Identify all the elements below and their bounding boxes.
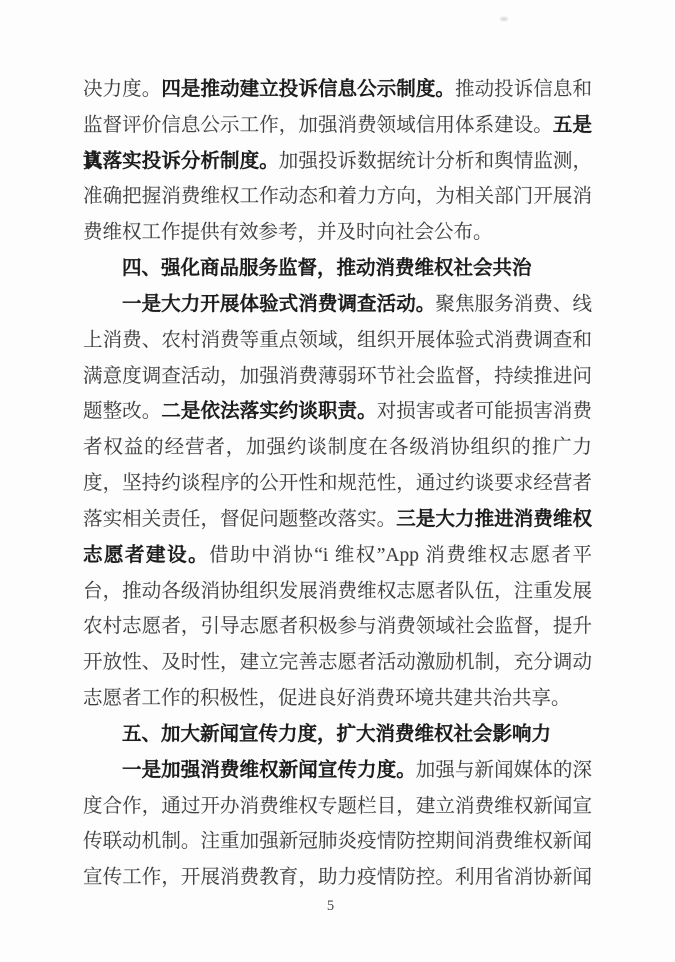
bold-text-segment: 真落实投诉分析制度。 — [83, 151, 279, 172]
text-line: 费维权工作提供有效参考，并及时向社会公布。 — [83, 215, 592, 251]
text-line: 台，推动各级消协组织发展消费维权志愿者队伍，注重发展 — [83, 574, 592, 610]
text-line: 准确把握消费维权工作动态和着力方向，为相关部门开展消 — [83, 179, 592, 215]
text-line: 决力度。四是推动建立投诉信息公示制度。推动投诉信息和 — [83, 72, 592, 108]
text-segment: 志愿者工作的积极性，促进良好消费环境共建共治共享。 — [83, 688, 571, 709]
text-line: 一是加强消费维权新闻宣传力度。加强与新闻媒体的深 — [83, 753, 592, 789]
heading-line: 四、强化商品服务监督，推动消费维权社会共治 — [83, 251, 592, 287]
text-segment: 对损害或者可能损害消费 — [377, 401, 592, 422]
text-segment: 监督评价信息公示工作，加强消费领域信用体系建设。 — [83, 115, 553, 136]
text-segment: 聚焦服务消费、线 — [435, 294, 592, 315]
text-segment: 加强投诉数据统计分析和舆情监测， — [279, 151, 592, 172]
bold-text-segment: 志愿者建设。 — [83, 545, 209, 566]
text-line: 志愿者建设。借助中消协“i 维权”App 消费维权志愿者平 — [83, 538, 592, 574]
text-line: 真落实投诉分析制度。加强投诉数据统计分析和舆情监测， — [83, 144, 592, 180]
bold-text-segment: 五、加大新闻宣传力度，扩大消费维权社会影响力 — [122, 724, 551, 745]
text-line: 度合作，通过开办消费维权专题栏目，建立消费维权新闻宣 — [83, 789, 592, 825]
text-segment: 台，推动各级消协组织发展消费维权志愿者队伍，注重发展 — [83, 581, 592, 602]
text-segment: 费维权工作提供有效参考，并及时向社会公布。 — [83, 222, 493, 243]
scanned-document-page: 决力度。四是推动建立投诉信息公示制度。推动投诉信息和监督评价信息公示工作，加强消… — [0, 0, 675, 962]
text-segment: 上消费、农村消费等重点领域，组织开展体验式消费调查和 — [83, 330, 592, 351]
text-segment: 借助中消协“i 维权”App 消费维权志愿者平 — [209, 545, 592, 566]
text-segment: 者权益的经营者，加强约谈制度在各级消协组织的推广力 — [83, 437, 592, 458]
text-segment: 开放性、及时性，建立完善志愿者活动激励机制，充分调动 — [83, 652, 592, 673]
text-segment: 传联动机制。注重加强新冠肺炎疫情防控期间消费维权新闻 — [83, 831, 592, 852]
bold-text-segment: 四、强化商品服务监督，推动消费维权社会共治 — [122, 258, 532, 279]
document-body: 决力度。四是推动建立投诉信息公示制度。推动投诉信息和监督评价信息公示工作，加强消… — [83, 72, 592, 896]
text-line: 志愿者工作的积极性，促进良好消费环境共建共治共享。 — [83, 681, 592, 717]
text-segment: 农村志愿者，引导志愿者积极参与消费领域社会监督，提升 — [83, 616, 592, 637]
text-segment: 落实相关责任，督促问题整改落实。 — [83, 509, 396, 530]
bold-text-segment: 一是加强消费维权新闻宣传力度。 — [122, 760, 416, 781]
text-line: 传联动机制。注重加强新冠肺炎疫情防控期间消费维权新闻 — [83, 824, 592, 860]
text-line: 开放性、及时性，建立完善志愿者活动激励机制，充分调动 — [83, 645, 592, 681]
text-segment: 决力度。 — [83, 79, 161, 100]
text-line: 监督评价信息公示工作，加强消费领域信用体系建设。五是认 — [83, 108, 592, 144]
bold-text-segment: 一是大力开展体验式消费调查活动。 — [122, 294, 435, 315]
text-line: 一是大力开展体验式消费调查活动。聚焦服务消费、线 — [83, 287, 592, 323]
bold-text-segment: 三是大力推进消费维权 — [396, 509, 592, 530]
footer-page-number: 5 — [0, 898, 668, 915]
text-segment: 度合作，通过开办消费维权专题栏目，建立消费维权新闻宣 — [83, 796, 592, 817]
text-line: 者权益的经营者，加强约谈制度在各级消协组织的推广力 — [83, 430, 592, 466]
text-segment: 度，坚持约谈程序的公开性和规范性，通过约谈要求经营者 — [83, 473, 592, 494]
bold-text-segment: 二是依法落实约谈职责。 — [161, 401, 376, 422]
text-segment: 准确把握消费维权工作动态和着力方向，为相关部门开展消 — [83, 186, 592, 207]
text-segment: 推动投诉信息和 — [455, 79, 592, 100]
text-line: 题整改。二是依法落实约谈职责。对损害或者可能损害消费 — [83, 394, 592, 430]
text-line: 宣传工作，开展消费教育，助力疫情防控。利用省消协新闻 — [83, 860, 592, 896]
bold-text-segment: 四是推动建立投诉信息公示制度。 — [161, 79, 455, 100]
text-line: 农村志愿者，引导志愿者积极参与消费领域社会监督，提升 — [83, 609, 592, 645]
text-segment: 宣传工作，开展消费教育，助力疫情防控。利用省消协新闻 — [83, 867, 592, 888]
text-line: 上消费、农村消费等重点领域，组织开展体验式消费调查和 — [83, 323, 592, 359]
heading-line: 五、加大新闻宣传力度，扩大消费维权社会影响力 — [83, 717, 592, 753]
text-line: 满意度调查活动，加强消费薄弱环节社会监督，持续推进问 — [83, 359, 592, 395]
text-line: 度，坚持约谈程序的公开性和规范性，通过约谈要求经营者 — [83, 466, 592, 502]
text-segment: 满意度调查活动，加强消费薄弱环节社会监督，持续推进问 — [83, 366, 592, 387]
text-segment: 加强与新闻媒体的深 — [416, 760, 592, 781]
text-line: 落实相关责任，督促问题整改落实。三是大力推进消费维权 — [83, 502, 592, 538]
scan-artifact-speck — [500, 17, 508, 21]
text-segment: 题整改。 — [83, 401, 161, 422]
